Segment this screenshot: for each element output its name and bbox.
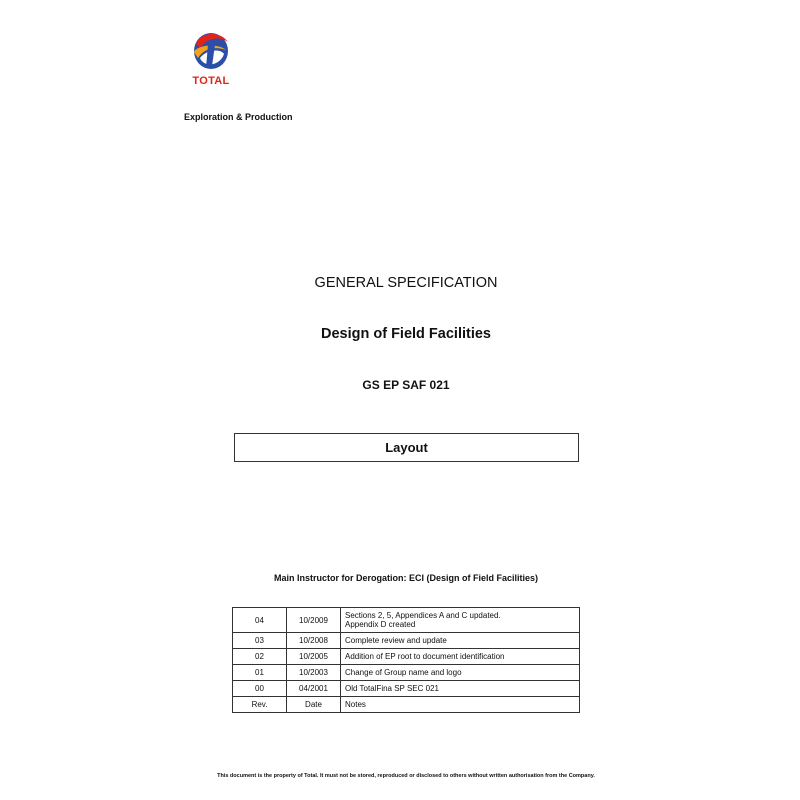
derogation-instructor: Main Instructor for Derogation: ECI (Des… bbox=[0, 573, 800, 583]
header-rev: Rev. bbox=[233, 697, 287, 713]
date-cell: 10/2003 bbox=[287, 665, 341, 681]
company-logo: TOTAL bbox=[186, 28, 236, 90]
rev-cell: 00 bbox=[233, 681, 287, 697]
date-cell: 10/2008 bbox=[287, 633, 341, 649]
confidentiality-notice: This document is the property of Total. … bbox=[0, 773, 800, 779]
rev-cell: 02 bbox=[233, 649, 287, 665]
date-cell: 10/2009 bbox=[287, 608, 341, 633]
total-logo-icon bbox=[186, 28, 236, 74]
document-subject-box: Layout bbox=[234, 433, 579, 462]
table-header-row: Rev. Date Notes bbox=[233, 697, 580, 713]
logo-text: TOTAL bbox=[186, 75, 236, 87]
revision-table: 04 10/2009 Sections 2, 5, Appendices A a… bbox=[232, 607, 580, 713]
table-row: 01 10/2003 Change of Group name and logo bbox=[233, 665, 580, 681]
table-row: 03 10/2008 Complete review and update bbox=[233, 633, 580, 649]
table-row: 02 10/2005 Addition of EP root to docume… bbox=[233, 649, 580, 665]
date-cell: 04/2001 bbox=[287, 681, 341, 697]
document-category: GENERAL SPECIFICATION bbox=[0, 275, 800, 291]
notes-line: Appendix D created bbox=[345, 620, 575, 629]
notes-cell: Change of Group name and logo bbox=[341, 665, 580, 681]
document-title: Design of Field Facilities bbox=[0, 326, 800, 342]
header-notes: Notes bbox=[341, 697, 580, 713]
rev-cell: 03 bbox=[233, 633, 287, 649]
table-row: 04 10/2009 Sections 2, 5, Appendices A a… bbox=[233, 608, 580, 633]
division-name: Exploration & Production bbox=[184, 112, 293, 122]
notes-cell: Complete review and update bbox=[341, 633, 580, 649]
notes-cell: Old TotalFina SP SEC 021 bbox=[341, 681, 580, 697]
table-row: 00 04/2001 Old TotalFina SP SEC 021 bbox=[233, 681, 580, 697]
notes-line: Sections 2, 5, Appendices A and C update… bbox=[345, 611, 575, 620]
date-cell: 10/2005 bbox=[287, 649, 341, 665]
rev-cell: 01 bbox=[233, 665, 287, 681]
document-code: GS EP SAF 021 bbox=[0, 378, 800, 392]
document-subject: Layout bbox=[385, 440, 428, 455]
rev-cell: 04 bbox=[233, 608, 287, 633]
notes-cell: Addition of EP root to document identifi… bbox=[341, 649, 580, 665]
header-date: Date bbox=[287, 697, 341, 713]
notes-cell: Sections 2, 5, Appendices A and C update… bbox=[341, 608, 580, 633]
